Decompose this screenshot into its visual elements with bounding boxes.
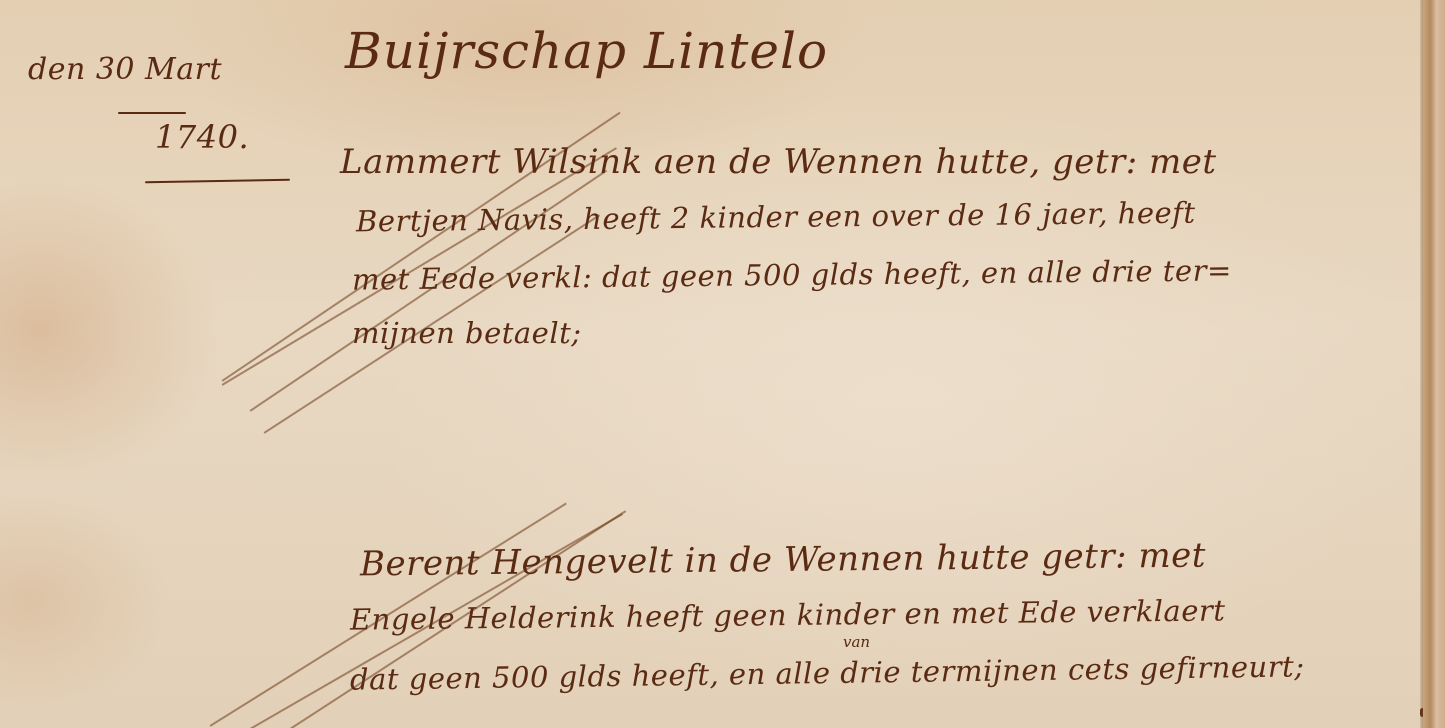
- entry-line: Berent Hengevelt in de Wennen hutte getr…: [360, 536, 1206, 585]
- margin-date: den 30 Mart: [28, 52, 222, 87]
- margin-year: 1740.: [155, 118, 249, 156]
- entry-line: Engele Helderink heeft geen kinder en me…: [350, 593, 1226, 636]
- entry-line: met Eede verkl: dat geen 500 glds heeft,…: [352, 253, 1232, 296]
- manuscript-page: den 30 Mart 1740. Buijrschap Lintelo Lam…: [0, 0, 1445, 728]
- entry-line: dat geen 500 glds heeft, en alle drie te…: [350, 649, 1305, 696]
- interlinear-insertion: van: [843, 633, 870, 651]
- date-underline: [118, 112, 186, 114]
- entry-line: mijnen betaelt;: [352, 316, 582, 350]
- year-underline: [145, 179, 290, 184]
- page-heading: Buijrschap Lintelo: [345, 22, 828, 80]
- book-spine: [1423, 0, 1445, 728]
- entry-line: Lammert Wilsink aen de Wennen hutte, get…: [340, 142, 1217, 182]
- entry-line: Bertjen Navis, heeft 2 kinder een over d…: [356, 196, 1196, 239]
